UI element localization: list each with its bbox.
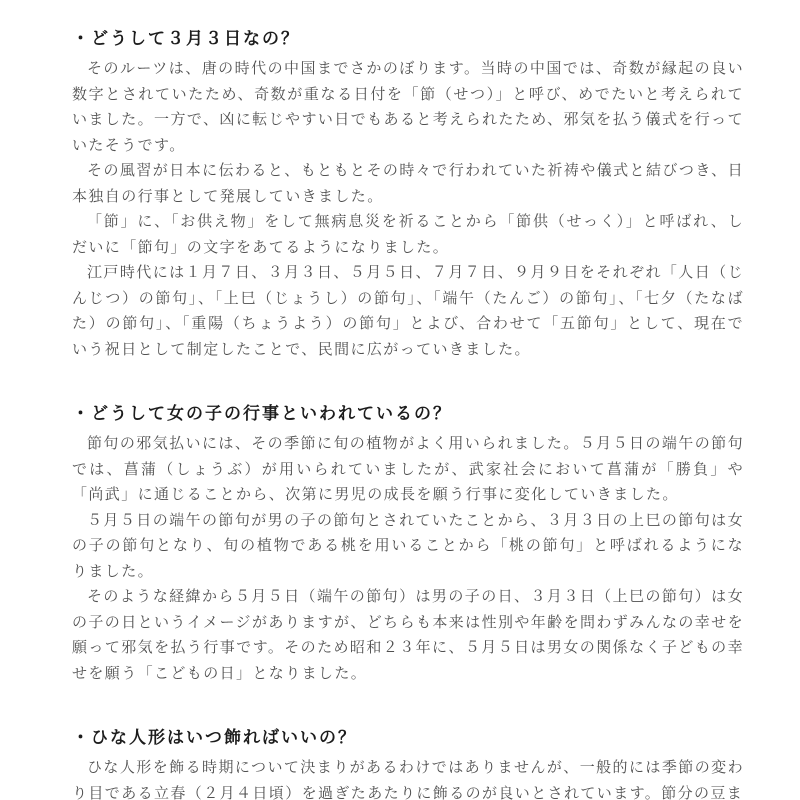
section-why-girls-event: ・どうして女の子の行事といわれているの？ 節句の邪気払いには、その季節に旬の植物… xyxy=(72,403,744,687)
paragraph: ひな人形を飾る時期について決まりがあるわけではありませんが、一般的には季節の変わ… xyxy=(72,756,744,800)
paragraph: ５月５日の端午の節句が男の子の節句とされていたことから、３月３日の上巳の節句は女… xyxy=(72,509,744,586)
section-when-display-dolls: ・ひな人形はいつ飾ればいいの？ ひな人形を飾る時期について決まりがあるわけではあ… xyxy=(72,727,744,800)
document-page: ・どうして３月３日なの？ そのルーツは、唐の時代の中国までさかのぼります。当時の… xyxy=(0,0,800,800)
paragraph: その風習が日本に伝わると、もともとその時々で行われていた祈祷や儀式と結びつき、日… xyxy=(72,159,744,210)
paragraph: 江戸時代には１月７日、３月３日、５月５日、７月７日、９月９日をそれぞれ「人日（じ… xyxy=(72,261,744,363)
paragraph: そのルーツは、唐の時代の中国までさかのぼります。当時の中国では、奇数が縁起の良い… xyxy=(72,57,744,159)
paragraph: 節句の邪気払いには、その季節に旬の植物がよく用いられました。５月５日の端午の節句… xyxy=(72,432,744,509)
section-heading-why-girls-event: ・どうして女の子の行事といわれているの？ xyxy=(72,403,744,425)
paragraph: 「節」に、「お供え物」をして無病息災を祈ることから「節供（せっく）」と呼ばれ、し… xyxy=(72,210,744,261)
section-heading-why-march-3: ・どうして３月３日なの？ xyxy=(72,28,744,50)
paragraph: そのような経緯から５月５日（端午の節句）は男の子の日、３月３日（上巳の節句）は女… xyxy=(72,585,744,687)
section-why-march-3: ・どうして３月３日なの？ そのルーツは、唐の時代の中国までさかのぼります。当時の… xyxy=(72,28,744,363)
section-heading-when-display-dolls: ・ひな人形はいつ飾ればいいの？ xyxy=(72,727,744,749)
